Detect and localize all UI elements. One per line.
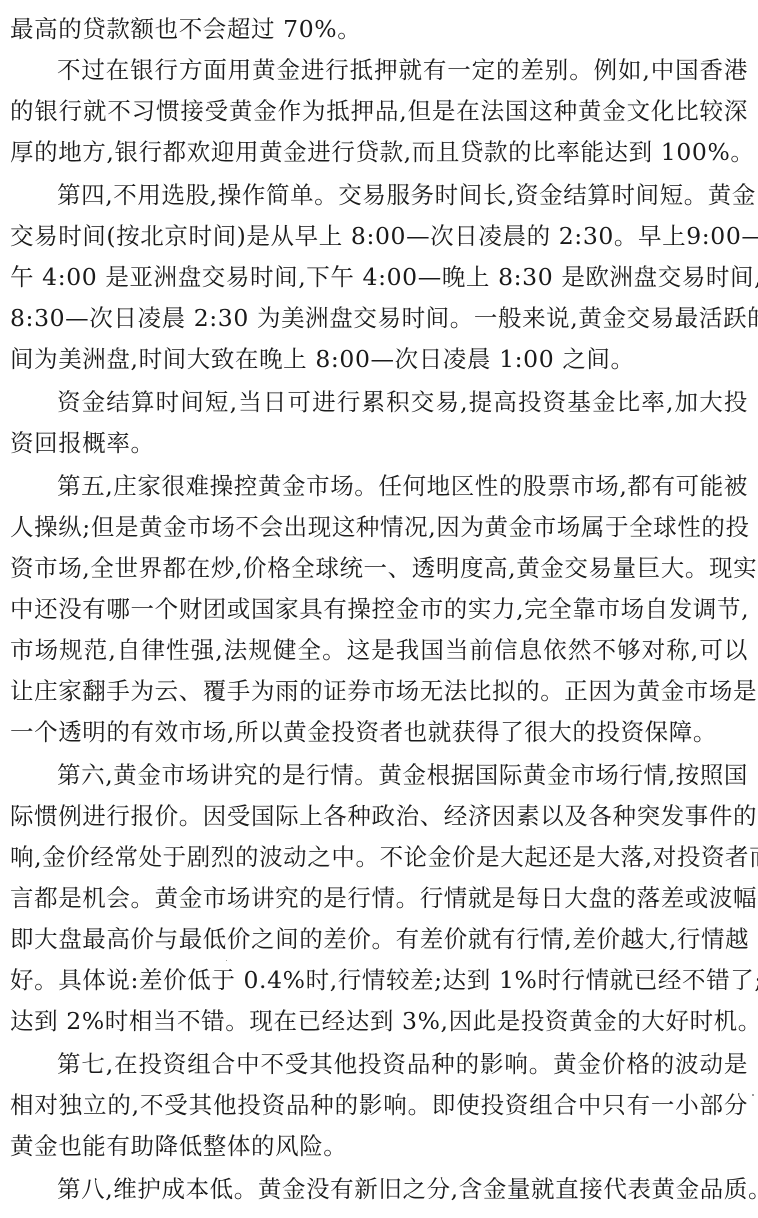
text-line: 好。具体说:差价低于 0.4%时,行情较差;达到 1%时行情就已经不错了; <box>10 961 748 999</box>
text-line: 响,金价经常处于剧烈的波动之中。不论金价是大起还是大落,对投资者而 <box>10 838 748 876</box>
scan-speck <box>752 1094 754 1096</box>
text-line: 际惯例进行报价。因受国际上各种政治、经济因素以及各种突发事件的影 <box>10 797 748 835</box>
text-line: 最高的贷款额也不会超过 70%。 <box>10 10 748 48</box>
text-line: 言都是机会。黄金市场讲究的是行情。行情就是每日大盘的落差或波幅, <box>10 879 748 917</box>
text-line: 8:30—次日凌晨 2:30 为美洲盘交易时间。一般来说,黄金交易最活跃的时 <box>10 299 748 337</box>
text-line: 一个透明的有效市场,所以黄金投资者也就获得了很大的投资保障。 <box>10 713 748 751</box>
text-line: 即大盘最高价与最低价之间的差价。有差价就有行情,差价越大,行情越 <box>10 920 748 958</box>
paragraph-first-line: 不过在银行方面用黄金进行抵押就有一定的差别。例如,中国香港 <box>57 51 748 89</box>
text-line: 午 4:00 是亚洲盘交易时间,下午 4:00—晚上 8:30 是欧洲盘交易时间… <box>10 258 748 296</box>
text-line: 让庄家翻手为云、覆手为雨的证券市场无法比拟的。正因为黄金市场是 <box>10 672 748 710</box>
text-line: 间为美洲盘,时间大致在晚上 8:00—次日凌晨 1:00 之间。 <box>10 340 748 378</box>
paragraph-first-line: 资金结算时间短,当日可进行累积交易,提高投资基金比率,加大投 <box>57 383 748 421</box>
text-line: 中还没有哪一个财团或国家具有操控金市的实力,完全靠市场自发调节, <box>10 590 748 628</box>
scan-speck <box>226 960 227 961</box>
text-line: 资市场,全世界都在炒,价格全球统一、透明度高,黄金交易量巨大。现实 <box>10 549 748 587</box>
paragraph-first-line: 第五,庄家很难操控黄金市场。任何地区性的股票市场,都有可能被 <box>57 467 748 505</box>
text-line: 交易时间(按北京时间)是从早上 8:00—次日凌晨的 2:30。早上9:00—下 <box>10 217 748 255</box>
paragraph-first-line: 第八,维护成本低。黄金没有新旧之分,含金量就直接代表黄金品质。 <box>57 1170 748 1208</box>
paragraph-first-line: 第六,黄金市场讲究的是行情。黄金根据国际黄金市场行情,按照国 <box>57 756 748 794</box>
text-line: 的银行就不习惯接受黄金作为抵押品,但是在法国这种黄金文化比较深 <box>10 92 748 130</box>
paragraph-first-line: 第四,不用选股,操作简单。交易服务时间长,资金结算时间短。黄金 <box>57 176 748 214</box>
text-line: 人操纵;但是黄金市场不会出现这种情况,因为黄金市场属于全球性的投 <box>10 508 748 546</box>
text-line: 达到 2%时相当不错。现在已经达到 3%,因此是投资黄金的大好时机。 <box>10 1002 748 1040</box>
text-line: 厚的地方,银行都欢迎用黄金进行贷款,而且贷款的比率能达到 100%。 <box>10 133 748 171</box>
text-line: 资回报概率。 <box>10 424 748 462</box>
text-line: 市场规范,自律性强,法规健全。这是我国当前信息依然不够对称,可以 <box>10 631 748 669</box>
paragraph-first-line: 第七,在投资组合中不受其他投资品种的影响。黄金价格的波动是 <box>57 1045 748 1083</box>
text-line: 黄金也能有助降低整体的风险。 <box>10 1127 748 1165</box>
text-line: 相对独立的,不受其他投资品种的影响。即使投资组合中只有一小部分 <box>10 1086 748 1124</box>
